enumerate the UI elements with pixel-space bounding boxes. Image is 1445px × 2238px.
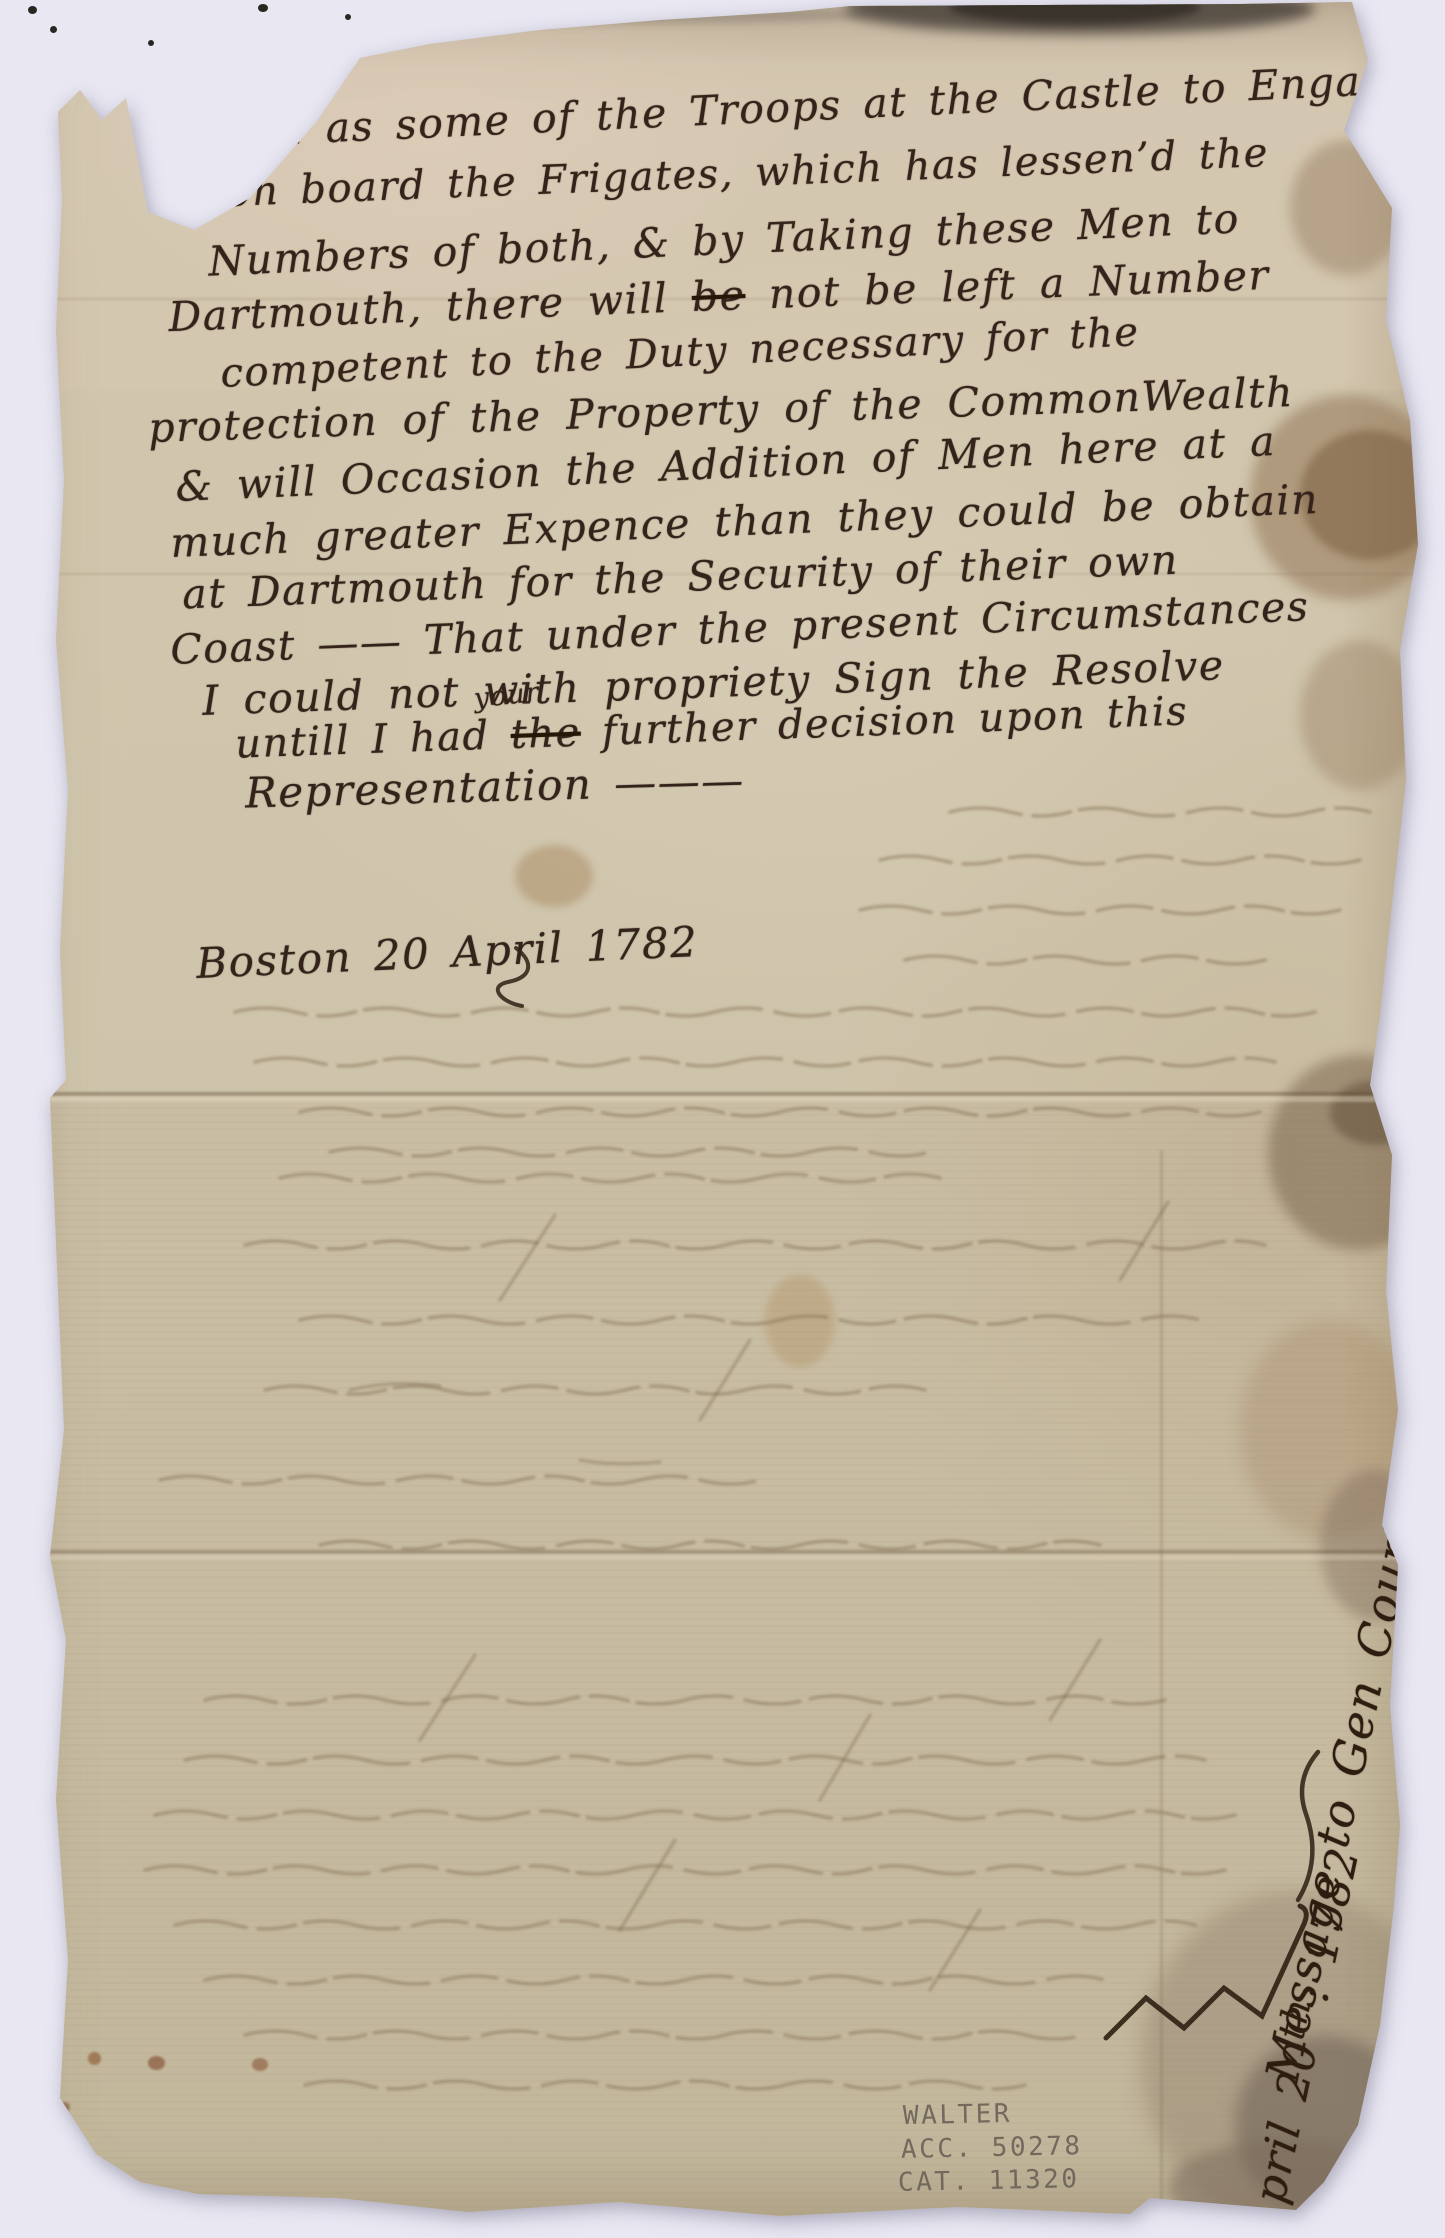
photograph-of-manuscript: { "page": { "background_color": "#e8e7f2… — [0, 0, 1445, 2238]
manuscript-paper-sheet: well as some of the Troops at the Castle… — [0, 0, 1445, 2238]
struck-word — [1414, 55, 1416, 103]
catalog-inscription-name: WALTER — [903, 2099, 1013, 2131]
bleed-through-strokes — [350, 1202, 1168, 1990]
struck-word: be — [691, 271, 746, 321]
line-text: untill I had — [234, 712, 511, 768]
foxing-spot — [48, 1988, 64, 2004]
paper-shadow-wrap: well as some of the Troops at the Castle… — [0, 0, 1445, 2238]
bleed-through-lines — [145, 808, 1370, 2089]
struck-word-the: the — [510, 710, 582, 758]
catalog-inscription-catnumber: CAT. 11320 — [898, 2164, 1080, 2198]
line-text — [1414, 55, 1416, 103]
catalog-inscription-accession: ACC. 50278 — [901, 2131, 1083, 2165]
